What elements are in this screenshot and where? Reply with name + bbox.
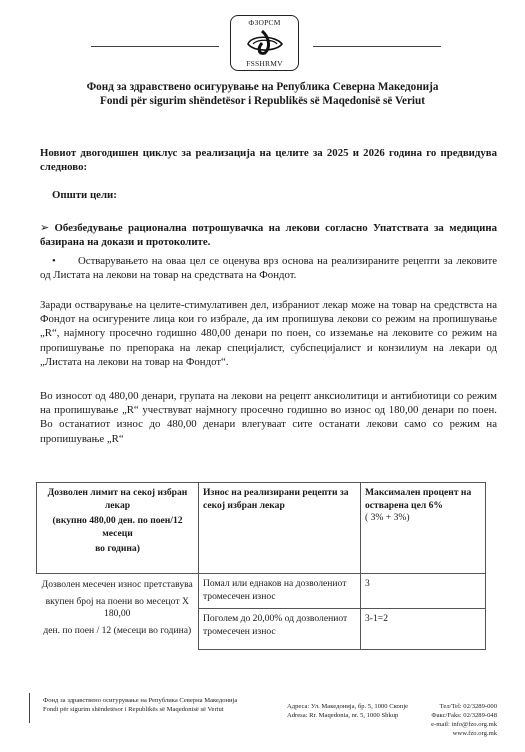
dot-bullet-icon: • [40,254,78,268]
footer-fax: Факс/Faks: 02/3289-048 [431,712,497,720]
goal-1-text: Обезбедување рационална потрошувачка на … [40,222,497,248]
row-label: Дозволен месечен износ претставува вкупе… [37,574,199,650]
header-limit-line-1: Дозволен лимит на секој избран лекар [41,487,194,512]
header-amount-text: Износ на реализирани рецепти за секој из… [203,487,356,512]
table-row: Дозволен месечен износ претставува вкупе… [37,574,486,609]
header-limit: Дозволен лимит на секој избран лекар (вк… [37,483,199,574]
goals-table: Дозволен лимит на секој избран лекар (вк… [36,482,486,650]
row-label-line-1: Дозволен месечен износ претставува [41,579,195,592]
row-1-percent: 3 [361,574,486,609]
footer-address-sq: Adresa: Rr. Maqedonia, nr. 5, 1000 Shkup [287,712,398,720]
header-limit-line-3: во година) [41,543,194,556]
logo-bottom-text: FSSHRMV [231,59,298,68]
header-limit-line-2: (вкупно 480,00 ден. по поен/12 месеци [41,515,194,540]
footer-org-mk: Фонд за здравствено осигурување на Репуб… [43,697,237,705]
header-amount: Износ на реализирани рецепти за секој из… [199,483,361,574]
footer-tel: Тел/Tel: 02/3289-000 [440,703,497,711]
row-label-line-3: ден. по поен / 12 (месеци во година) [41,625,195,638]
footer-email-link[interactable]: e-mail: info@fzo.org.mk [431,721,497,729]
row-1-amount: Помал или еднаков на дозволениот тромесе… [199,574,361,609]
goal-1-assessment-text: Остварувањето на оваа цел се оценува врз… [40,255,497,281]
org-name-mk: Фонд за здравствено осигурување на Репуб… [0,80,525,94]
row-label-line-2: вкупен број на поени во месецот X 180,00 [41,596,195,621]
row-2-amount: Поголем до 20,00% од дозволениот тромесе… [199,609,361,650]
general-goals-heading: Општи цели: [52,188,252,202]
goal-1-assessment: •Остварувањето на оваа цел се оценува вр… [40,254,497,282]
table-header-row: Дозволен лимит на секој избран лекар (вк… [37,483,486,574]
goal-1: ➢ Обезбедување рационална потрошувачка н… [40,221,497,249]
header-percent-line-1: Максимален процент на остварена цел 6% [365,487,481,512]
row-2-percent: 3-1=2 [361,609,486,650]
footer-org-sq: Fondi për sigurim shëndetësor i Republik… [43,706,224,714]
footer-address-mk: Адреса: Ул. Македонија, бр. 5, 1000 Скоп… [287,703,408,711]
org-name-sq: Fondi për sigurim shëndetësor i Republik… [0,94,525,108]
arrow-bullet-icon: ➢ [40,222,49,234]
footer-web-link[interactable]: www.fzo.org.mk [453,730,497,738]
header-rule-right [313,46,441,47]
logo-top-text: ФЗОРСМ [231,18,298,27]
header-percent-line-2: ( 3% + 3%) [365,512,481,525]
intro-paragraph: Новиот двогодишен циклус за реализација … [40,146,497,174]
header-rule-left [91,46,219,47]
amount-paragraph: Во износот од 480,00 денари, групата на … [40,389,497,446]
stimulative-paragraph: Заради остварување на целите-стимулативе… [40,298,497,369]
logo-emblem-icon [245,29,285,57]
header-percent: Максимален процент на остварена цел 6% (… [361,483,486,574]
fund-logo: ФЗОРСМ FSSHRMV [230,15,299,71]
footer-divider [29,693,30,723]
